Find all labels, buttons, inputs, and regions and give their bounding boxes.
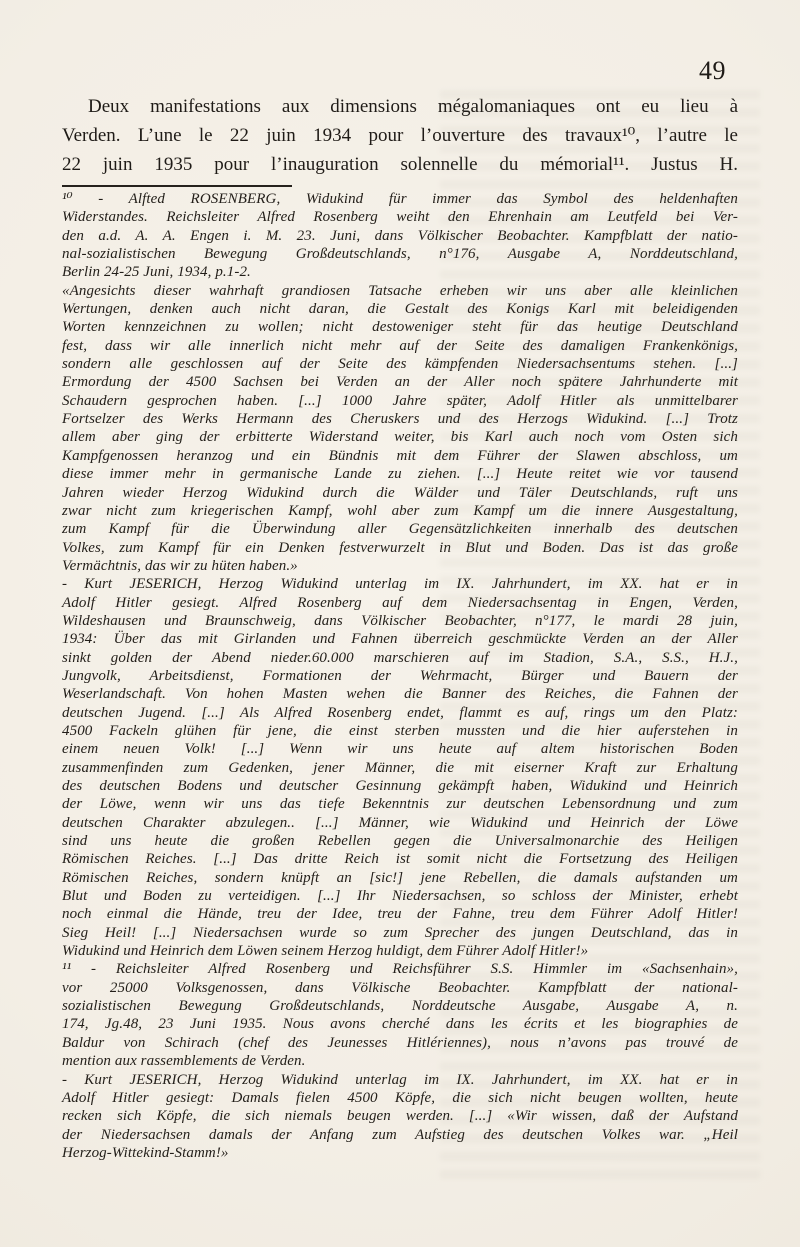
footnote-line: sind uns heute die großen Rebellen gegen… (62, 832, 738, 850)
footnote-line: zum Kampf für die Überwindung aller Gege… (62, 520, 738, 538)
page-content: 49 Deux manifestations aux dimensions mé… (62, 0, 738, 1162)
footnote-line: der Löwe, wenn wir uns das tiefe Bekennt… (62, 795, 738, 813)
footnote-line: zusammenfinden zum Gedenken, jener Männe… (62, 759, 738, 777)
footnote-line: noch einmal die Hände, treu der Idee, tr… (62, 905, 738, 923)
footnote-line: - Kurt JESERICH, Herzog Widukind unterla… (62, 1071, 738, 1089)
footnote-line: sondern alle geschlossen auf der Seite d… (62, 355, 738, 373)
footnote-line: einem neuen Volk! [...] Wenn wir uns heu… (62, 740, 738, 758)
footnote-line: Blut und Boden zu verteidigen. [...] Ihr… (62, 887, 738, 905)
footnote-line: nal-sozialistischen Bewegung Großdeutsch… (62, 245, 738, 263)
footnote-line: Weserlandschaft. Von hohen Masten wehen … (62, 685, 738, 703)
footnote-11-quote-jeserich: - Kurt JESERICH, Herzog Widukind unterla… (62, 1071, 738, 1163)
footnote-line: der Niedersachsen damals der Anfang zum … (62, 1126, 738, 1144)
footnote-line: Widerstandes. Reichsleiter Alfred Rosenb… (62, 208, 738, 226)
footnote-line: vor 25000 Volksgenossen, dans Völkische … (62, 979, 738, 997)
main-paragraph: Deux manifestations aux dimensions mégal… (62, 92, 738, 179)
footnote-line: Römischen Reiches. [...] Das dritte Reic… (62, 850, 738, 868)
scanned-book-page: 49 Deux manifestations aux dimensions mé… (0, 0, 800, 1247)
footnote-line: Widukind und Heinrich dem Löwen seinem H… (62, 942, 738, 960)
footnote-line: deutschen Charakter abzulegen.. [...] Mä… (62, 814, 738, 832)
footnote-line: mention aux rassemblements de Verden. (62, 1052, 738, 1070)
footnote-10-quote-rosenberg: «Angesichts dieser wahrhaft grandiosen T… (62, 282, 738, 576)
footnote-line: Fortselzer des Werks Hermann des Cherusk… (62, 410, 738, 428)
footnote-line: Herzog-Wittekind-Stamm!» (62, 1144, 738, 1162)
footnote-line: zwar nicht zum kriegerischen Kampf, wohl… (62, 502, 738, 520)
main-text-line: Deux manifestations aux dimensions mégal… (62, 92, 738, 121)
footnote-10-quote-jeserich: - Kurt JESERICH, Herzog Widukind unterla… (62, 575, 738, 960)
footnote-line: ¹⁰ - Alfted ROSENBERG, Widukind für imme… (62, 190, 738, 208)
main-text-line: 22 juin 1935 pour l’inauguration solenne… (62, 150, 738, 179)
page-number: 49 (62, 56, 738, 86)
footnote-line: Kampfgenossen heranzog und ein Bündnis m… (62, 447, 738, 465)
footnote-line: deutschen Jugend. [...] Als Alfred Rosen… (62, 704, 738, 722)
footnote-line: recken sich Köpfe, die sich niemals beug… (62, 1107, 738, 1125)
footnote-line: Römischen Reiches, sondern knüpft an [si… (62, 869, 738, 887)
footnote-line: Adolf Hitler gesiegt: Damals fielen 4500… (62, 1089, 738, 1107)
footnote-line: den a.d. A. A. Engen i. M. 23. Juni, dan… (62, 227, 738, 245)
footnote-line: «Angesichts dieser wahrhaft grandiosen T… (62, 282, 738, 300)
footnote-line: Sieg Heil! [...] Niedersachsen wurde so … (62, 924, 738, 942)
footnote-line: 1934: Über das mit Girlanden und Fahnen … (62, 630, 738, 648)
footnote-line: Schaudern gesprochen haben. [...] 1000 J… (62, 392, 738, 410)
footnote-10-citation: ¹⁰ - Alfted ROSENBERG, Widukind für imme… (62, 190, 738, 282)
footnote-line: Berlin 24-25 Juni, 1934, p.1-2. (62, 263, 738, 281)
footnote-line: Jahren wieder Herzog Widukind durch die … (62, 484, 738, 502)
footnote-line: Jungvolk, Arbeitsdienst, Formationen der… (62, 667, 738, 685)
main-text-line: Verden. L’une le 22 juin 1934 pour l’ouv… (62, 121, 738, 150)
footnote-line: sozialistischen Bewegung Großdeutschland… (62, 997, 738, 1015)
footnote-line: sinkt golden der Abend nieder.60.000 mar… (62, 649, 738, 667)
footnote-line: 174, Jg.48, 23 Juni 1935. Nous avons che… (62, 1015, 738, 1033)
footnote-line: fest, dass wir alle innerlich nicht mehr… (62, 337, 738, 355)
footnote-line: diese immer mehr in germanische Lande zu… (62, 465, 738, 483)
footnote-line: Vermächtnis, das wir zu hüten haben.» (62, 557, 738, 575)
footnote-line: Adolf Hitler gesiegt. Alfred Rosenberg a… (62, 594, 738, 612)
footnote-line: allem aber ging der erbitterte Widerstan… (62, 428, 738, 446)
footnote-line: - Kurt JESERICH, Herzog Widukind unterla… (62, 575, 738, 593)
footnote-line: Wildeshausen und Braunschweig, dans Völk… (62, 612, 738, 630)
footnote-line: ¹¹ - Reichsleiter Alfred Rosenberg und R… (62, 960, 738, 978)
footnote-separator-rule (62, 185, 292, 187)
footnote-line: Volkes, zum Kampf für ein Denken festver… (62, 539, 738, 557)
footnotes-section: ¹⁰ - Alfted ROSENBERG, Widukind für imme… (62, 190, 738, 1162)
footnote-line: Worten kennzeichnen zu wollen; nicht des… (62, 318, 738, 336)
footnote-line: Wertungen, denken auch nicht daran, die … (62, 300, 738, 318)
footnote-line: Ermordung der 4500 Sachsen bei Verden an… (62, 373, 738, 391)
footnote-line: 4500 Fackeln glühen für jene, die einst … (62, 722, 738, 740)
footnote-11-citation: ¹¹ - Reichsleiter Alfred Rosenberg und R… (62, 960, 738, 1070)
footnote-line: des deutschen Bodens und deutscher Gesin… (62, 777, 738, 795)
footnote-line: Baldur von Schirach (chef des Jeunesses … (62, 1034, 738, 1052)
